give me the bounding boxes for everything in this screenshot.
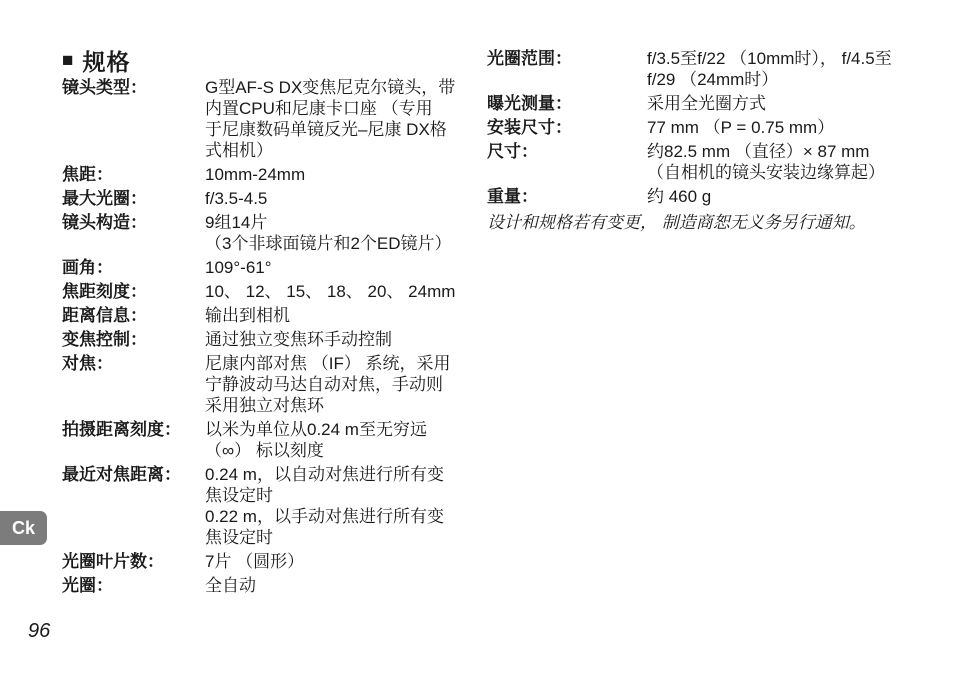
spec-value: f/3.5至f/22 （10mm时）， f/4.5至 f/29 （24mm时） [647,48,932,90]
spec-label: 尺寸： [487,141,647,183]
spec-label: 画角： [62,257,205,278]
spec-label: 拍摄距离刻度： [62,419,205,461]
spec-value: 7片 （圆形） [205,551,487,572]
spec-value: 77 mm （P = 0.75 mm） [647,117,932,138]
spec-value: 尼康内部对焦 （IF） 系统，采用 宁静波动马达自动对焦，手动则 采用独立对焦环 [205,353,487,416]
spec-column-right: 光圈范围： f/3.5至f/22 （10mm时）， f/4.5至 f/29 （2… [487,48,932,234]
spec-row-dimensions: 尺寸： 约82.5 mm （直径）× 87 mm （自相机的镜头安装边缘算起） [487,141,932,183]
spec-label: 镜头构造： [62,212,205,254]
spec-row-lens-type: 镜头类型： G型AF-S DX变焦尼克尔镜头，带 内置CPU和尼康卡口座 （专用… [62,77,487,161]
spec-value: 采用全光圈方式 [647,93,932,114]
spec-row-diaphragm: 光圈： 全自动 [62,575,487,596]
spec-label: 最大光圈： [62,188,205,209]
spec-value: 输出到相机 [205,305,487,326]
section-heading-text: 规格 [82,44,130,77]
spec-row-focusing: 对焦： 尼康内部对焦 （IF） 系统，采用 宁静波动马达自动对焦，手动则 采用独… [62,353,487,416]
spec-label: 最近对焦距离： [62,464,205,548]
spec-label: 光圈范围： [487,48,647,90]
spec-value: 10mm-24mm [205,164,487,185]
spec-label: 光圈叶片数： [62,551,205,572]
spec-label: 焦距刻度： [62,281,205,302]
section-heading: ■ 规格 [62,44,130,77]
language-tab-ck: Ck [0,511,47,545]
spec-row-closest-focus: 最近对焦距离： 0.24 m，以自动对焦进行所有变 焦设定时 0.22 m，以手… [62,464,487,548]
spec-row-max-aperture: 最大光圈： f/3.5-4.5 [62,188,487,209]
spec-label: 光圈： [62,575,205,596]
spec-label: 焦距： [62,164,205,185]
spec-label: 安装尺寸： [487,117,647,138]
spec-row-construction: 镜头构造： 9组14片 （3个非球面镜片和2个ED镜片） [62,212,487,254]
page-number: 96 [28,620,50,643]
spec-label: 距离信息： [62,305,205,326]
spec-row-exposure-metering: 曝光测量： 采用全光圈方式 [487,93,932,114]
spec-value: 0.24 m，以自动对焦进行所有变 焦设定时 0.22 m，以手动对焦进行所有变… [205,464,487,548]
square-bullet-icon: ■ [62,51,74,70]
disclaimer-note: 设计和规格若有变更， 制造商恕无义务另行通知。 [487,212,932,234]
spec-row-attachment-size: 安装尺寸： 77 mm （P = 0.75 mm） [487,117,932,138]
spec-value: G型AF-S DX变焦尼克尔镜头，带 内置CPU和尼康卡口座 （专用 于尼康数码… [205,77,487,161]
spec-row-focal-length: 焦距： 10mm-24mm [62,164,487,185]
spec-value: 以米为单位从0.24 m至无穷远 （∞） 标以刻度 [205,419,487,461]
spec-value: 9组14片 （3个非球面镜片和2个ED镜片） [205,212,487,254]
spec-row-diaphragm-blades: 光圈叶片数： 7片 （圆形） [62,551,487,572]
spec-value: 全自动 [205,575,487,596]
spec-value: 通过独立变焦环手动控制 [205,329,487,350]
language-tab-label: Ck [12,518,35,539]
spec-value: f/3.5-4.5 [205,188,487,209]
spec-row-aperture-range: 光圈范围： f/3.5至f/22 （10mm时）， f/4.5至 f/29 （2… [487,48,932,90]
spec-label: 重量： [487,186,647,207]
spec-column-left: 镜头类型： G型AF-S DX变焦尼克尔镜头，带 内置CPU和尼康卡口座 （专用… [62,77,487,599]
spec-row-focal-scale: 焦距刻度： 10、 12、 15、 18、 20、 24mm [62,281,487,302]
spec-row-zoom-control: 变焦控制： 通过独立变焦环手动控制 [62,329,487,350]
spec-label: 曝光测量： [487,93,647,114]
spec-value: 10、 12、 15、 18、 20、 24mm [205,281,487,302]
spec-row-distance-info: 距离信息： 输出到相机 [62,305,487,326]
spec-row-distance-scale: 拍摄距离刻度： 以米为单位从0.24 m至无穷远 （∞） 标以刻度 [62,419,487,461]
spec-value: 约 460 g [647,186,932,207]
spec-row-angle-of-view: 画角： 109°-61° [62,257,487,278]
spec-value: 约82.5 mm （直径）× 87 mm （自相机的镜头安装边缘算起） [647,141,932,183]
spec-label: 镜头类型： [62,77,205,161]
spec-value: 109°-61° [205,257,487,278]
spec-label: 对焦： [62,353,205,416]
spec-label: 变焦控制： [62,329,205,350]
spec-row-weight: 重量： 约 460 g [487,186,932,207]
